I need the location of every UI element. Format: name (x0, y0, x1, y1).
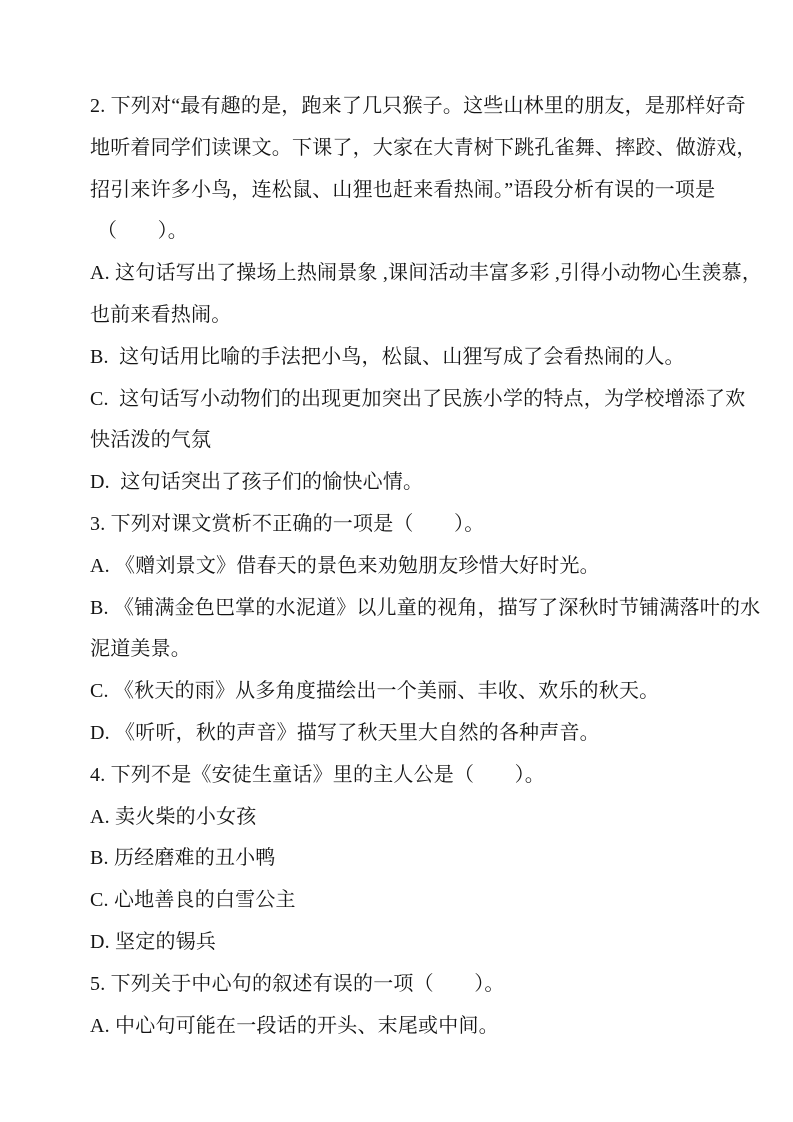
question-4-block: 4. 下列不是《安徒生童话》里的主人公是（ ）。 A. 卖火柴的小女孩 B. 历… (90, 755, 727, 964)
question-4-stem: 4. 下列不是《安徒生童话》里的主人公是（ ）。 (90, 755, 727, 797)
question-2-option-d: D. 这句话突出了孩子们的愉快心情。 (90, 462, 727, 504)
question-2-stem-line-2: 地听着同学们读课文。下课了，大家在大青树下跳孔雀舞、摔跤、做游戏， (90, 128, 727, 170)
question-3-option-b-line-2: 泥道美景。 (90, 629, 727, 671)
question-4-option-c: C. 心地善良的白雪公主 (90, 880, 727, 922)
question-4-option-d: D. 坚定的锡兵 (90, 922, 727, 964)
question-2-block: 2. 下列对“最有趣的是，跑来了几只猴子。这些山林里的朋友，是那样好奇 地听着同… (90, 86, 727, 504)
question-2-option-c-line-2: 快活泼的气氛 (90, 420, 727, 462)
question-3-option-d: D. 《听听，秋的声音》描写了秋天里大自然的各种声音。 (90, 713, 727, 755)
question-3-block: 3. 下列对课文赏析不正确的一项是（ ）。 A. 《赠刘景文》借春天的景色来劝勉… (90, 504, 727, 755)
question-3-option-c: C. 《秋天的雨》从多角度描绘出一个美丽、丰收、欢乐的秋天。 (90, 671, 727, 713)
question-5-block: 5. 下列关于中心句的叙述有误的一项（ ）。 A. 中心句可能在一段话的开头、末… (90, 964, 727, 1048)
question-2-stem-line-1: 2. 下列对“最有趣的是，跑来了几只猴子。这些山林里的朋友，是那样好奇 (90, 86, 727, 128)
question-2-option-b: B. 这句话用比喻的手法把小鸟，松鼠、山狸写成了会看热闹的人。 (90, 337, 727, 379)
question-5-stem: 5. 下列关于中心句的叙述有误的一项（ ）。 (90, 964, 727, 1006)
question-2-option-a-line-1: A. 这句话写出了操场上热闹景象 ,课间活动丰富多彩 ,引得小动物心生羡慕， (90, 253, 727, 295)
question-4-option-a: A. 卖火柴的小女孩 (90, 797, 727, 839)
question-5-option-a: A. 中心句可能在一段话的开头、末尾或中间。 (90, 1006, 727, 1048)
question-2-option-a-line-2: 也前来看热闹。 (90, 295, 727, 337)
question-2-answer-blank: （ ）。 (90, 211, 727, 253)
worksheet-page: 2. 下列对“最有趣的是，跑来了几只猴子。这些山林里的朋友，是那样好奇 地听着同… (0, 0, 793, 1122)
question-2-stem-line-3: 招引来许多小鸟，连松鼠、山狸也赶来看热闹。”语段分析有误的一项是 (90, 170, 727, 212)
question-2-option-c-line-1: C. 这句话写小动物们的出现更加突出了民族小学的特点，为学校增添了欢 (90, 379, 727, 421)
question-3-option-b-line-1: B. 《铺满金色巴掌的水泥道》以儿童的视角，描写了深秋时节铺满落叶的水 (90, 588, 727, 630)
question-3-option-a: A. 《赠刘景文》借春天的景色来劝勉朋友珍惜大好时光。 (90, 546, 727, 588)
question-3-stem: 3. 下列对课文赏析不正确的一项是（ ）。 (90, 504, 727, 546)
question-4-option-b: B. 历经磨难的丑小鸭 (90, 838, 727, 880)
